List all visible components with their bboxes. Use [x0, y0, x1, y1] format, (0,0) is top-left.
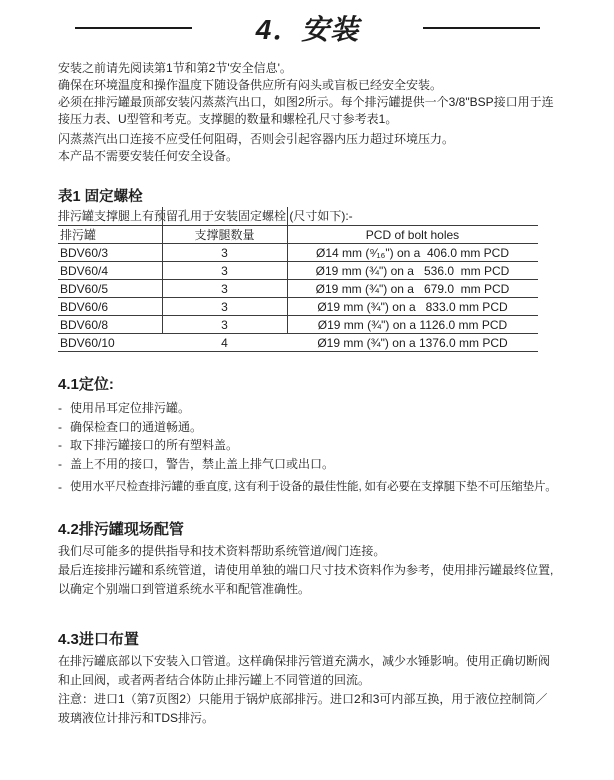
bullet-dash: -	[58, 399, 70, 418]
table-cell: BDV60/3	[58, 244, 162, 261]
table-body: BDV60/33Ø14 mm (⁹⁄₁₆") on a 406.0 mm PCD…	[58, 244, 538, 352]
table-title: 表1 固定螺栓	[58, 188, 557, 206]
intro-paragraph: 安装之前请先阅读第1节和第2节'安全信息'。	[58, 60, 557, 77]
table-cell: BDV60/5	[58, 280, 162, 297]
bullet-dash: -	[58, 418, 70, 437]
page-title: 4．安装	[256, 8, 360, 48]
body-paragraph: 注意：进口1（第7页图2）只能用于锅炉底部排污。进口2和3可内部互换，用于液位控…	[58, 690, 557, 728]
table-header-row: 排污罐 支撑腿数量 PCD of bolt holes	[58, 225, 538, 244]
inlet-arrangement-body: 在排污罐底部以下安装入口管道。这样确保排污管道充满水，减少水锤影响。使用正确切断…	[58, 652, 557, 728]
intro-paragraph: 闪蒸蒸汽出口连接不应受任何阻碍，否则会引起容器内压力超过环境压力。	[58, 131, 557, 148]
intro-paragraph: 本产品不需要安装任何安全设备。	[58, 148, 557, 165]
site-piping-body: 我们尽可能多的提供指导和技术资料帮助系统管道/阀门连接。 最后连接排污罐和系统管…	[58, 542, 557, 599]
table-row: BDV60/104Ø19 mm (¾") on a 1376.0 mm PCD	[58, 334, 538, 352]
bullet-item: -盖上不用的接口，警告，禁止盖上排气口或出口。	[58, 455, 557, 474]
bullet-text: 确保检查口的通道畅通。	[70, 418, 202, 437]
table-cell: Ø19 mm (¾") on a 1126.0 mm PCD	[287, 316, 538, 333]
document-page: 4．安装 安装之前请先阅读第1节和第2节'安全信息'。 确保在环境温度和操作温度…	[0, 0, 614, 780]
table-cell: 3	[162, 316, 287, 333]
table-cell: BDV60/6	[58, 298, 162, 315]
table-header-legs: 支撑腿数量	[162, 226, 287, 243]
bullet-text: 取下排污罐接口的所有塑料盖。	[70, 436, 238, 455]
table-cell: Ø14 mm (⁹⁄₁₆") on a 406.0 mm PCD	[287, 244, 538, 261]
intro-paragraph: 必须在排污罐最顶部安装闪蒸蒸汽出口，如图2所示。每个排污罐提供一个3/8"BSP…	[58, 94, 557, 128]
table-row: BDV60/83Ø19 mm (¾") on a 1126.0 mm PCD	[58, 316, 538, 334]
title-rule-right	[423, 27, 540, 29]
intro-paragraphs: 安装之前请先阅读第1节和第2节'安全信息'。 确保在环境温度和操作温度下随设备供…	[58, 60, 557, 165]
table-row: BDV60/63Ø19 mm (¾") on a 833.0 mm PCD	[58, 298, 538, 316]
table-row: BDV60/53Ø19 mm (¾") on a 679.0 mm PCD	[58, 280, 538, 298]
table-cell: 3	[162, 298, 287, 315]
table-cell: 3	[162, 244, 287, 261]
intro-paragraph: 确保在环境温度和操作温度下随设备供应所有闷头或盲板已经安全安装。	[58, 77, 557, 94]
table-cell: BDV60/4	[58, 262, 162, 279]
table-row: BDV60/33Ø14 mm (⁹⁄₁₆") on a 406.0 mm PCD	[58, 244, 538, 262]
table-cell: Ø19 mm (¾") on a 536.0 mm PCD	[287, 262, 538, 279]
bullet-item: -使用吊耳定位排污罐。	[58, 399, 557, 418]
body-paragraph: 我们尽可能多的提供指导和技术资料帮助系统管道/阀门连接。	[58, 542, 557, 561]
table-cell: BDV60/8	[58, 316, 162, 333]
bullet-dash: -	[58, 436, 70, 455]
table-cell: Ø19 mm (¾") on a 1376.0 mm PCD	[287, 334, 538, 351]
table-subtitle: 排污罐支撑腿上有预留孔用于安装固定螺栓 (尺寸如下):-	[58, 207, 538, 225]
bullet-text: 使用吊耳定位排污罐。	[70, 399, 190, 418]
table-cell: 4	[162, 334, 287, 351]
table-cell: Ø19 mm (¾") on a 833.0 mm PCD	[287, 298, 538, 315]
section-heading-inlet-arrangement: 4.3进口布置	[58, 631, 557, 649]
table-header-pcd: PCD of bolt holes	[287, 226, 538, 243]
title-rule-left	[75, 27, 192, 29]
table-cell: BDV60/10	[58, 334, 162, 351]
bullet-dash: -	[58, 478, 70, 497]
bullet-text: 盖上不用的接口，警告，禁止盖上排气口或出口。	[70, 455, 334, 474]
body-paragraph: 在排污罐底部以下安装入口管道。这样确保排污管道充满水，减少水锤影响。使用正确切断…	[58, 652, 557, 690]
table-row: BDV60/43Ø19 mm (¾") on a 536.0 mm PCD	[58, 262, 538, 280]
bullet-item: -取下排污罐接口的所有塑料盖。	[58, 436, 557, 455]
bullet-dash: -	[58, 455, 70, 474]
section-heading-positioning: 4.1定位:	[58, 376, 557, 394]
section-heading-site-piping: 4.2排污罐现场配管	[58, 521, 557, 539]
fixing-bolts-table: 排污罐支撑腿上有预留孔用于安装固定螺栓 (尺寸如下):- 排污罐 支撑腿数量 P…	[58, 207, 538, 352]
table-cell: Ø19 mm (¾") on a 679.0 mm PCD	[287, 280, 538, 297]
table-column-divider	[162, 207, 163, 334]
table-column-divider	[287, 207, 288, 334]
positioning-bullet-list: -使用吊耳定位排污罐。-确保检查口的通道畅通。-取下排污罐接口的所有塑料盖。-盖…	[58, 399, 557, 497]
chapter-title-block: 4．安装	[58, 8, 557, 48]
body-paragraph: 最后连接排污罐和系统管道，请使用单独的端口尺寸技术资料作为参考，使用排污罐最终位…	[58, 561, 557, 599]
table-header-vessel: 排污罐	[58, 226, 162, 243]
bullet-item: -使用水平尺检查排污罐的垂直度, 这有利于设备的最佳性能, 如有必要在支撑腿下垫…	[58, 478, 557, 497]
table-cell: 3	[162, 280, 287, 297]
table-cell: 3	[162, 262, 287, 279]
bullet-text: 使用水平尺检查排污罐的垂直度, 这有利于设备的最佳性能, 如有必要在支撑腿下垫不…	[70, 478, 557, 497]
bullet-item: -确保检查口的通道畅通。	[58, 418, 557, 437]
